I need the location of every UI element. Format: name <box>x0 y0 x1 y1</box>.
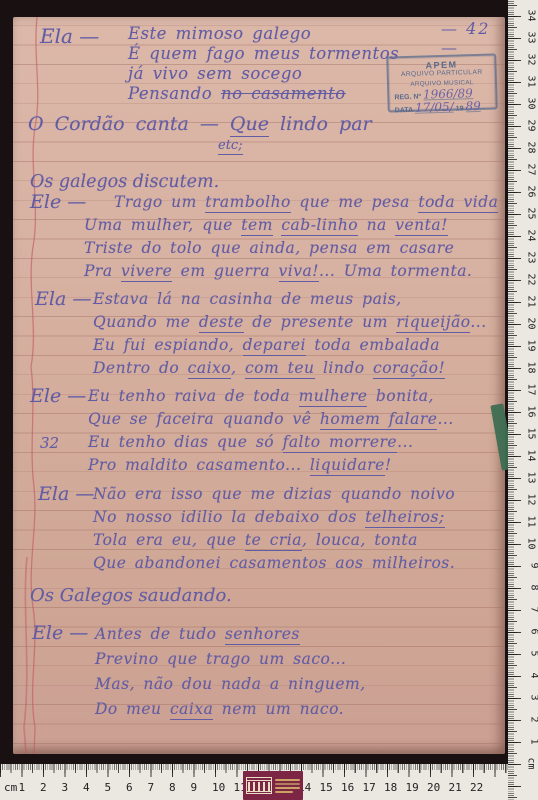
handwritten-line: Eu fui espiando, deparei toda embalada <box>93 334 487 357</box>
handwritten-line: Antes de tudo senhores <box>95 622 366 647</box>
ruler-number: 17 <box>363 781 376 794</box>
ruler-number: 11 <box>525 515 536 527</box>
dialogue-block: Ele —Eu tenho raiva de toda mulhere boni… <box>30 385 454 477</box>
ruler-number: 6 <box>528 628 538 634</box>
heading-text: Os galegos discutem. <box>30 172 219 192</box>
ruler-number: 10 <box>525 537 536 549</box>
ruler-number: 1 <box>19 781 26 794</box>
handwritten-line: Quando me deste de presente um riqueijão… <box>93 311 487 334</box>
handwritten-line: Eu tenho dias que só falto morrere... <box>88 431 454 454</box>
ruler-number: 18 <box>525 361 536 373</box>
handwritten-line: Previno que trago um saco... <box>95 647 366 672</box>
ruler-number: 9 <box>528 562 538 568</box>
handwritten-line: Não era isso que me dizias quando noivo <box>93 483 455 506</box>
speaker-label: Ela — <box>35 288 93 310</box>
handwritten-line: Pensando no casamento <box>128 84 399 104</box>
ruler-number: 7 <box>148 781 155 794</box>
ruler-number: 16 <box>341 781 354 794</box>
ruler-number: 14 <box>525 449 536 461</box>
ruler-number: 13 <box>525 471 536 483</box>
ruler-number: 3 <box>62 781 69 794</box>
dialogue-block: Ele —Trago um trambolho que me pesa toda… <box>30 191 498 283</box>
heading-text: O Cordão canta — Que lindo par <box>28 113 372 137</box>
ruler-number: 20 <box>525 317 536 329</box>
ruler-number: 4 <box>528 672 538 678</box>
vertical-ruler: 3433323130292827262524232221201918171615… <box>508 0 538 800</box>
ruler-number: cm <box>525 757 536 769</box>
speaker-label: Ele — <box>30 191 84 213</box>
archive-logo <box>243 771 303 800</box>
building-icon <box>246 777 272 794</box>
ruler-number: 12 <box>525 493 536 505</box>
handwriting-area: Ela —Este mimoso galegoÉ quem fago meus … <box>13 17 505 754</box>
scene-heading: O Cordão canta — Que lindo paretc; <box>28 113 372 135</box>
handwritten-line: Pro maldito casamento... liquidare! <box>88 454 454 477</box>
dialogue-block: Ela —Estava lá na casinha de meus pais,Q… <box>35 288 487 380</box>
ruler-number: 15 <box>320 781 333 794</box>
handwritten-line: já vivo sem socego <box>128 64 399 84</box>
handwritten-line: Triste do tolo que ainda, pensa em casar… <box>84 237 498 260</box>
logo-text-lines <box>275 779 300 793</box>
ruler-number: 2 <box>40 781 47 794</box>
handwritten-line: Tola era eu, que te cria, louca, tonta <box>93 529 455 552</box>
handwritten-line: Mas, não dou nada a ninguem, <box>95 672 366 697</box>
ruler-number: 2 <box>528 716 538 722</box>
stage-direction: Os Galegos saudando. <box>30 585 232 606</box>
ruler-number: 33 <box>525 31 536 43</box>
ruler-number: 22 <box>470 781 483 794</box>
verse-lines: Trago um trambolho que me pesa toda vida… <box>84 191 498 283</box>
speaker-label: Ela — <box>40 24 128 48</box>
handwritten-line: Eu tenho raiva de toda mulhere bonita, <box>88 385 454 408</box>
handwritten-line: Que se faceira quando vê homem falare... <box>88 408 454 431</box>
ruler-number: 26 <box>525 185 536 197</box>
handwritten-line: Este mimoso galego <box>128 24 399 44</box>
ruler-number: 21 <box>449 781 462 794</box>
ruler-number: 4 <box>83 781 90 794</box>
verse-lines: Antes de tudo senhoresPrevino que trago … <box>95 622 366 722</box>
handwritten-line: Uma mulher, que tem cab-linho na venta! <box>84 214 498 237</box>
ruler-number: 22 <box>525 273 536 285</box>
dialogue-block: Ela —Este mimoso galegoÉ quem fago meus … <box>40 24 399 104</box>
ruler-number: 15 <box>525 427 536 439</box>
ruler-number: 5 <box>105 781 112 794</box>
ruler-number: 25 <box>525 207 536 219</box>
ruler-number: 8 <box>528 584 538 590</box>
ruler-number: 8 <box>169 781 176 794</box>
verse-lines: Não era isso que me dizias quando noivoN… <box>93 483 455 575</box>
ruler-number: cm <box>4 781 17 794</box>
dialogue-block: Ela —Não era isso que me dizias quando n… <box>38 483 455 575</box>
ruler-number: 18 <box>384 781 397 794</box>
ruler-number: 16 <box>525 405 536 417</box>
ruler-number: 3 <box>528 694 538 700</box>
ruler-number: 23 <box>525 251 536 263</box>
verse-lines: Eu tenho raiva de toda mulhere bonita,Qu… <box>88 385 454 477</box>
ruler-number: 27 <box>525 163 536 175</box>
ruler-number: 19 <box>406 781 419 794</box>
ruler-number: 19 <box>525 339 536 351</box>
ruler-number: 10 <box>212 781 225 794</box>
ruler-number: 6 <box>126 781 133 794</box>
verse-lines: Estava lá na casinha de meus pais,Quando… <box>93 288 487 380</box>
handwritten-line: Pra vivere em guerra viva!... Uma tormen… <box>84 260 498 283</box>
speaker-label: Ela — <box>38 483 93 505</box>
ruler-number: 20 <box>427 781 440 794</box>
ruler-number: 24 <box>525 229 536 241</box>
handwritten-line: Que abandonei casamentos aos milheiros. <box>93 552 455 575</box>
handwritten-line: É quem fago meus tormentos <box>128 44 399 64</box>
ruler-number: 29 <box>525 119 536 131</box>
ruler-number: 17 <box>525 383 536 395</box>
heading-text: Os Galegos saudando. <box>30 585 232 606</box>
handwritten-line: No nosso idilio la debaixo dos telheiros… <box>93 506 455 529</box>
ruler-number: 21 <box>525 295 536 307</box>
ruler-number: 32 <box>525 53 536 65</box>
scanned-manuscript: — 42 — APEM ARQUIVO PARTICULAR ARQUIVO M… <box>0 0 538 800</box>
ruler-number: 7 <box>528 606 538 612</box>
ruler-number: 1 <box>528 738 538 744</box>
verse-lines: Este mimoso galegoÉ quem fago meus torme… <box>128 24 399 104</box>
ruler-number: 9 <box>191 781 198 794</box>
stage-direction: Os galegos discutem. <box>30 172 219 192</box>
speaker-label: Ele — <box>32 622 95 644</box>
ruler-number: 5 <box>528 650 538 656</box>
ruler-number: 28 <box>525 141 536 153</box>
dialogue-block: Ele —Antes de tudo senhoresPrevino que t… <box>32 622 366 722</box>
handwritten-line: Estava lá na casinha de meus pais, <box>93 288 487 311</box>
handwritten-line: Dentro do caixo, com teu lindo coração! <box>93 357 487 380</box>
margin-number: 32 <box>40 434 59 452</box>
heading-sub: etc; <box>218 138 243 153</box>
manuscript-page: — 42 — APEM ARQUIVO PARTICULAR ARQUIVO M… <box>13 17 505 754</box>
ruler-number: 30 <box>525 97 536 109</box>
handwritten-line: Do meu caixa nem um naco. <box>95 697 366 722</box>
speaker-label: Ele — <box>30 385 88 407</box>
ruler-number: 34 <box>525 9 536 21</box>
ruler-number: 31 <box>525 75 536 87</box>
handwritten-line: Trago um trambolho que me pesa toda vida <box>84 191 498 214</box>
